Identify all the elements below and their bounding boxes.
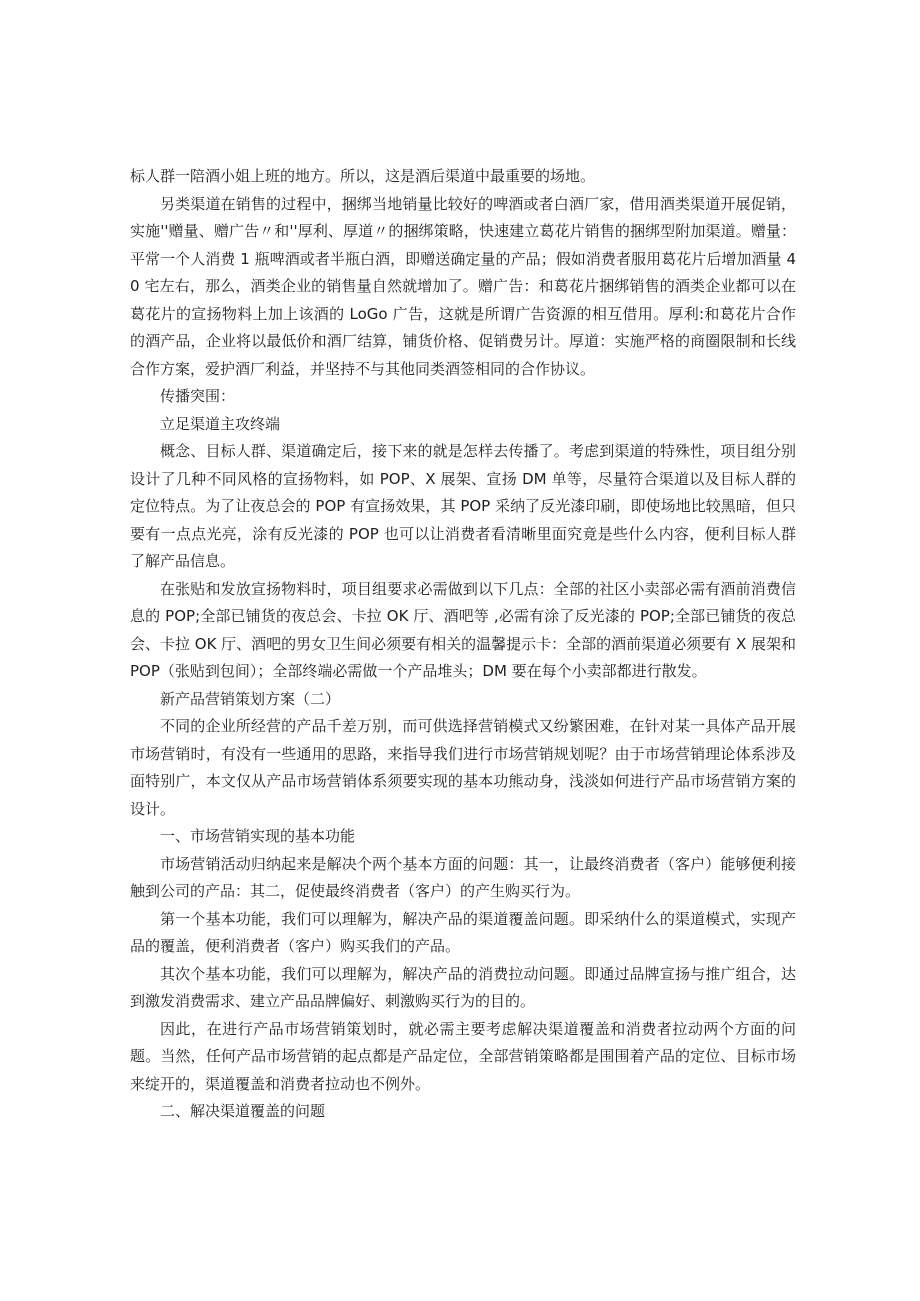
paragraph-two-basic-issues: 市场营销活动归纳起来是解决个两个基本方面的问题：其一，让最终消费者（客户）能够便… bbox=[130, 851, 796, 906]
subheading-communication-breakthrough: 传播突围： bbox=[130, 383, 796, 411]
paragraph-conclusion: 因此，在进行产品市场营销策划时，就必需主要考虑解决渠道覆盖和消费者拉动两个方面的… bbox=[130, 1016, 796, 1099]
paragraph-continuation: 标人群一陪酒小姐上班的地方。所以，这是酒后渠道中最重要的场地。 bbox=[130, 163, 796, 191]
subheading-channel-terminal: 立足渠道主攻终端 bbox=[130, 411, 796, 439]
document-body: 标人群一陪酒小姐上班的地方。所以，这是酒后渠道中最重要的场地。 另类渠道在销售的… bbox=[130, 163, 796, 1126]
heading-section-one: 一、市场营销实现的基本功能 bbox=[130, 823, 796, 851]
heading-plan-two: 新产品营销策划方案（二） bbox=[130, 686, 796, 714]
document-page: 标人群一陪酒小姐上班的地方。所以，这是酒后渠道中最重要的场地。 另类渠道在销售的… bbox=[0, 0, 920, 1301]
heading-section-two: 二、解决渠道覆盖的问题 bbox=[130, 1098, 796, 1126]
paragraph-promo-materials: 概念、目标人群、渠道确定后，接下来的就是怎样去传播了。考虑到渠道的特殊性，项目组… bbox=[130, 438, 796, 576]
paragraph-first-function: 第一个基本功能，我们可以理解为，解决产品的渠道覆盖问题。即采纳什么的渠道模式，实… bbox=[130, 906, 796, 961]
paragraph-second-function: 其次个基本功能，我们可以理解为，解决产品的消费拉动问题。即通过品牌宣扬与推广组合… bbox=[130, 961, 796, 1016]
paragraph-plan-intro: 不同的企业所经营的产品千差万别，而可供选择营销模式又纷繁困难，在针对某一具体产品… bbox=[130, 713, 796, 823]
paragraph-material-requirements: 在张贴和发放宣扬物料时，项目组要求必需做到以下几点：全部的社区小卖部必需有酒前消… bbox=[130, 576, 796, 686]
paragraph-bundled-channels: 另类渠道在销售的过程中，捆绑当地销量比较好的啤酒或者白酒厂家，借用酒类渠道开展促… bbox=[130, 191, 796, 384]
